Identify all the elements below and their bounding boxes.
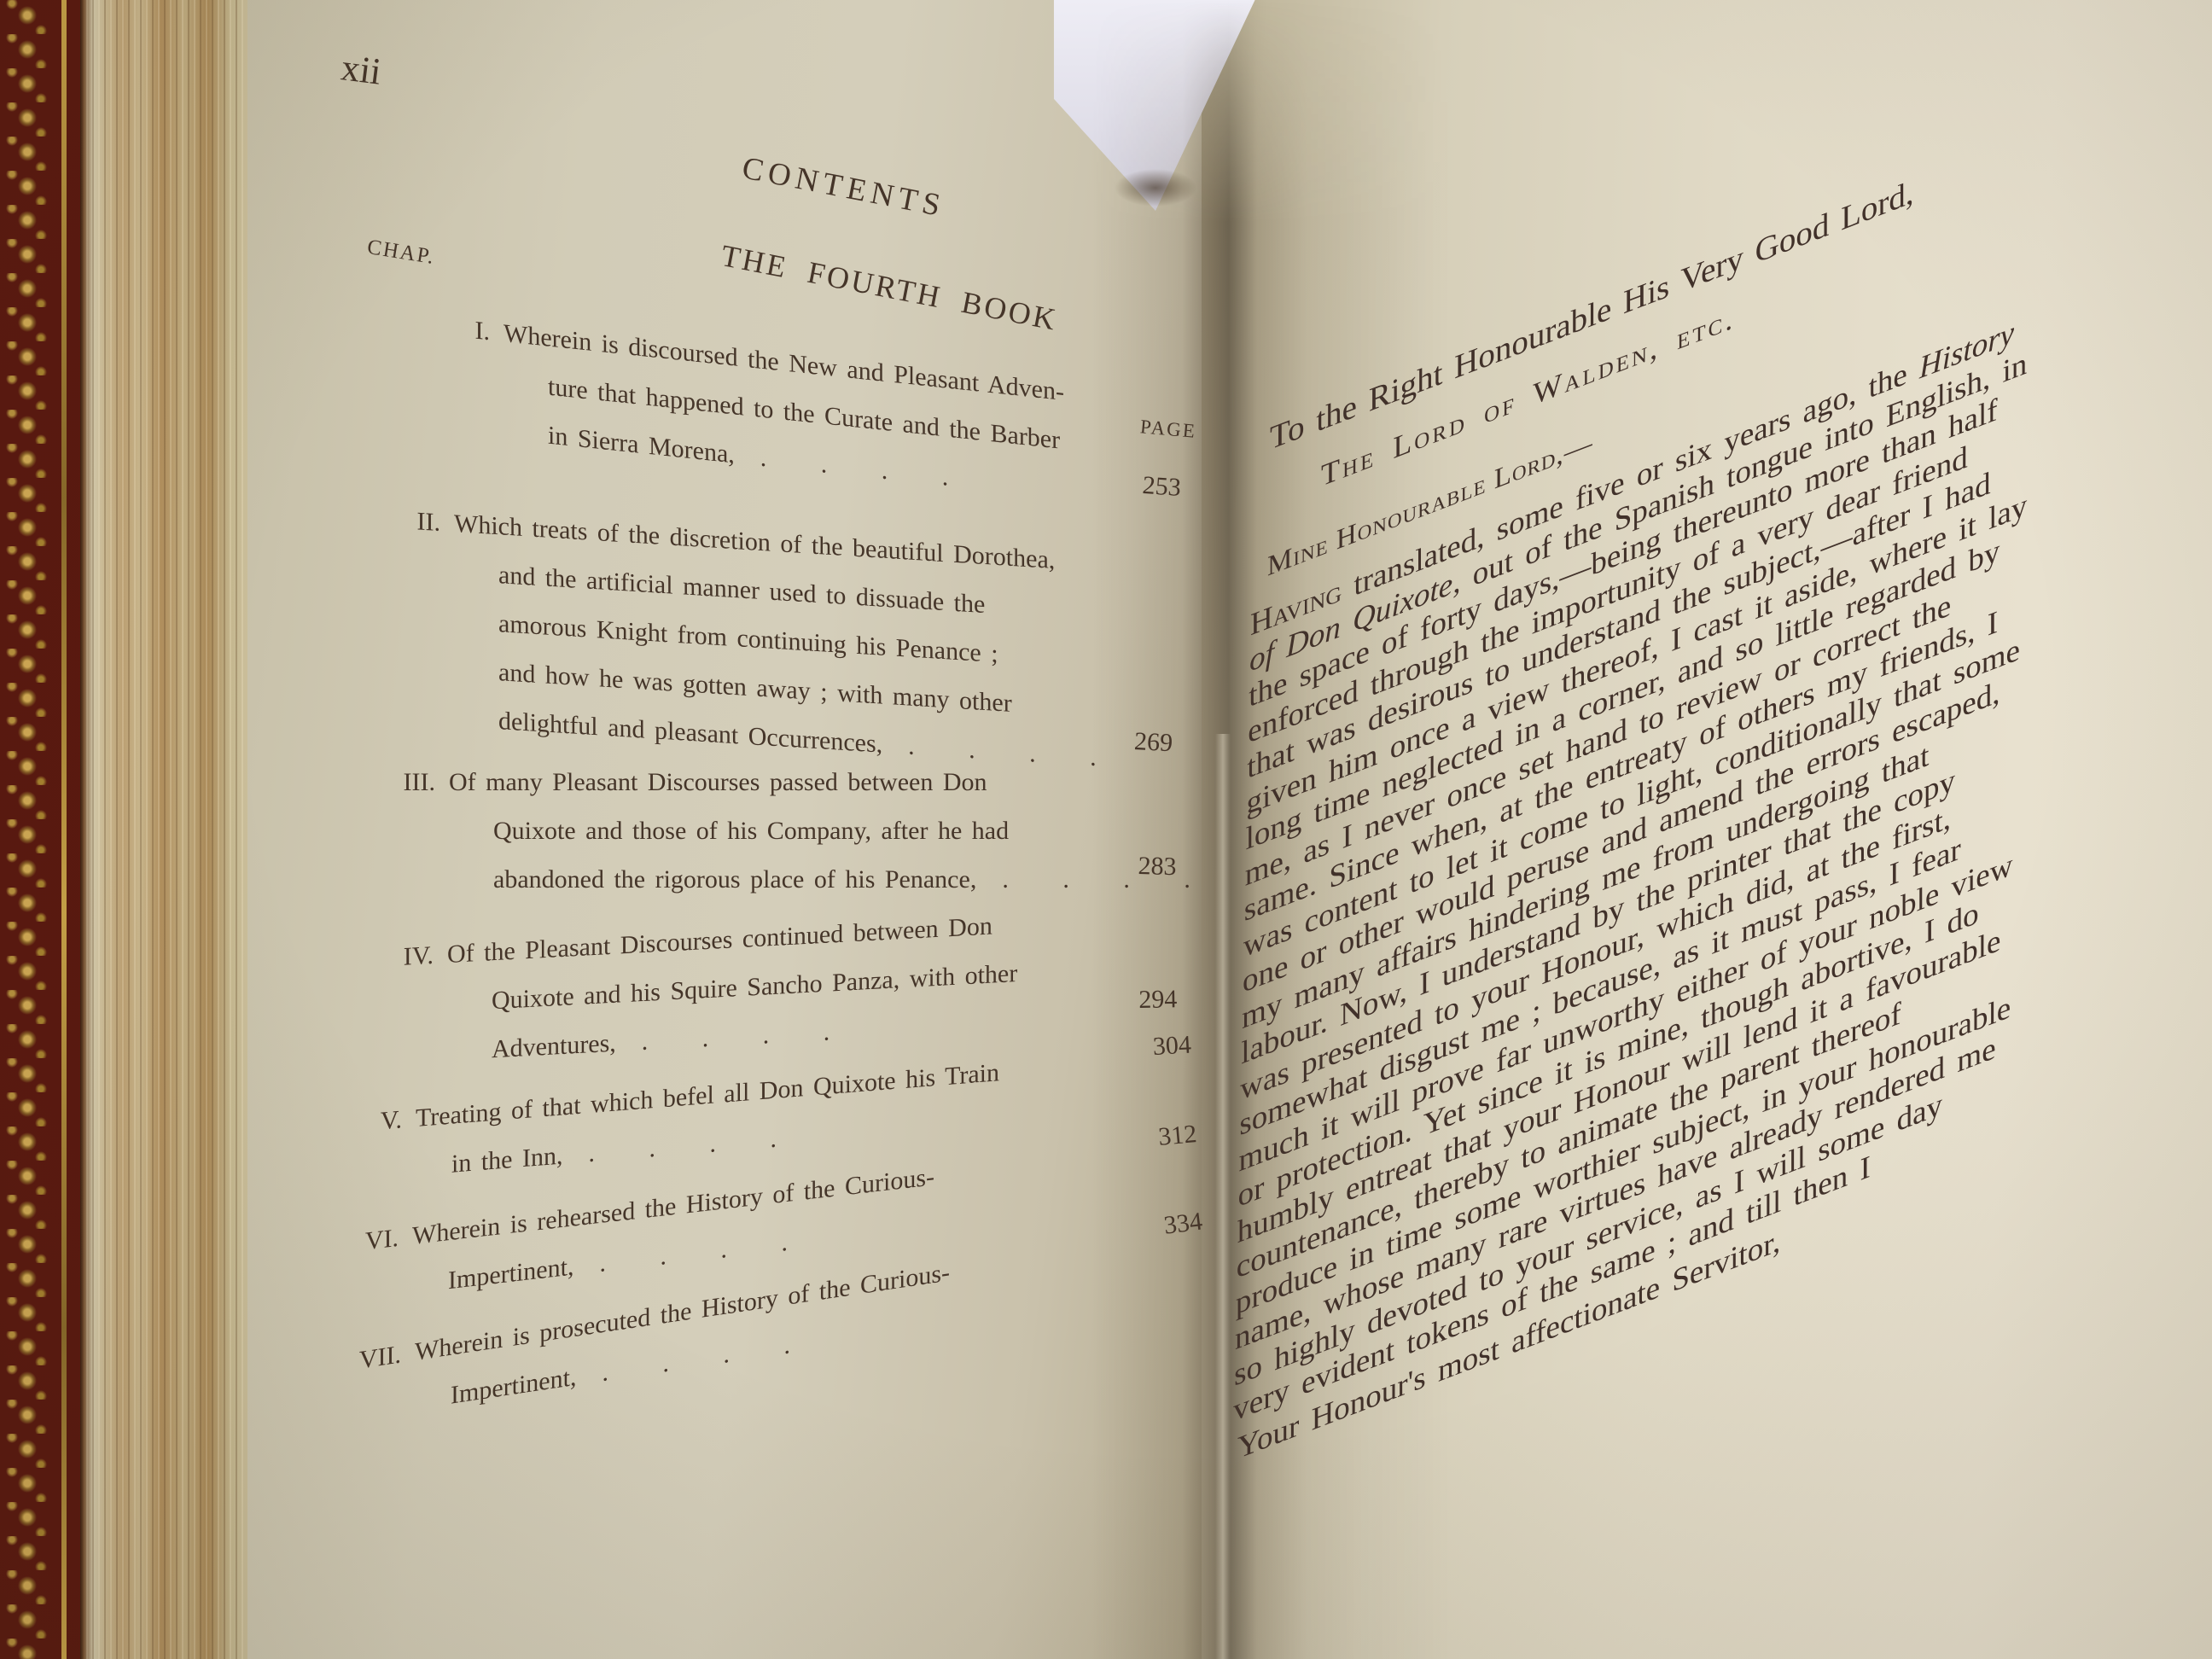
photo-vignette <box>0 0 2212 1659</box>
open-book-photo: xii CONTENTS CHAP. PAGE THE FOURTH BOOK … <box>0 0 2212 1659</box>
